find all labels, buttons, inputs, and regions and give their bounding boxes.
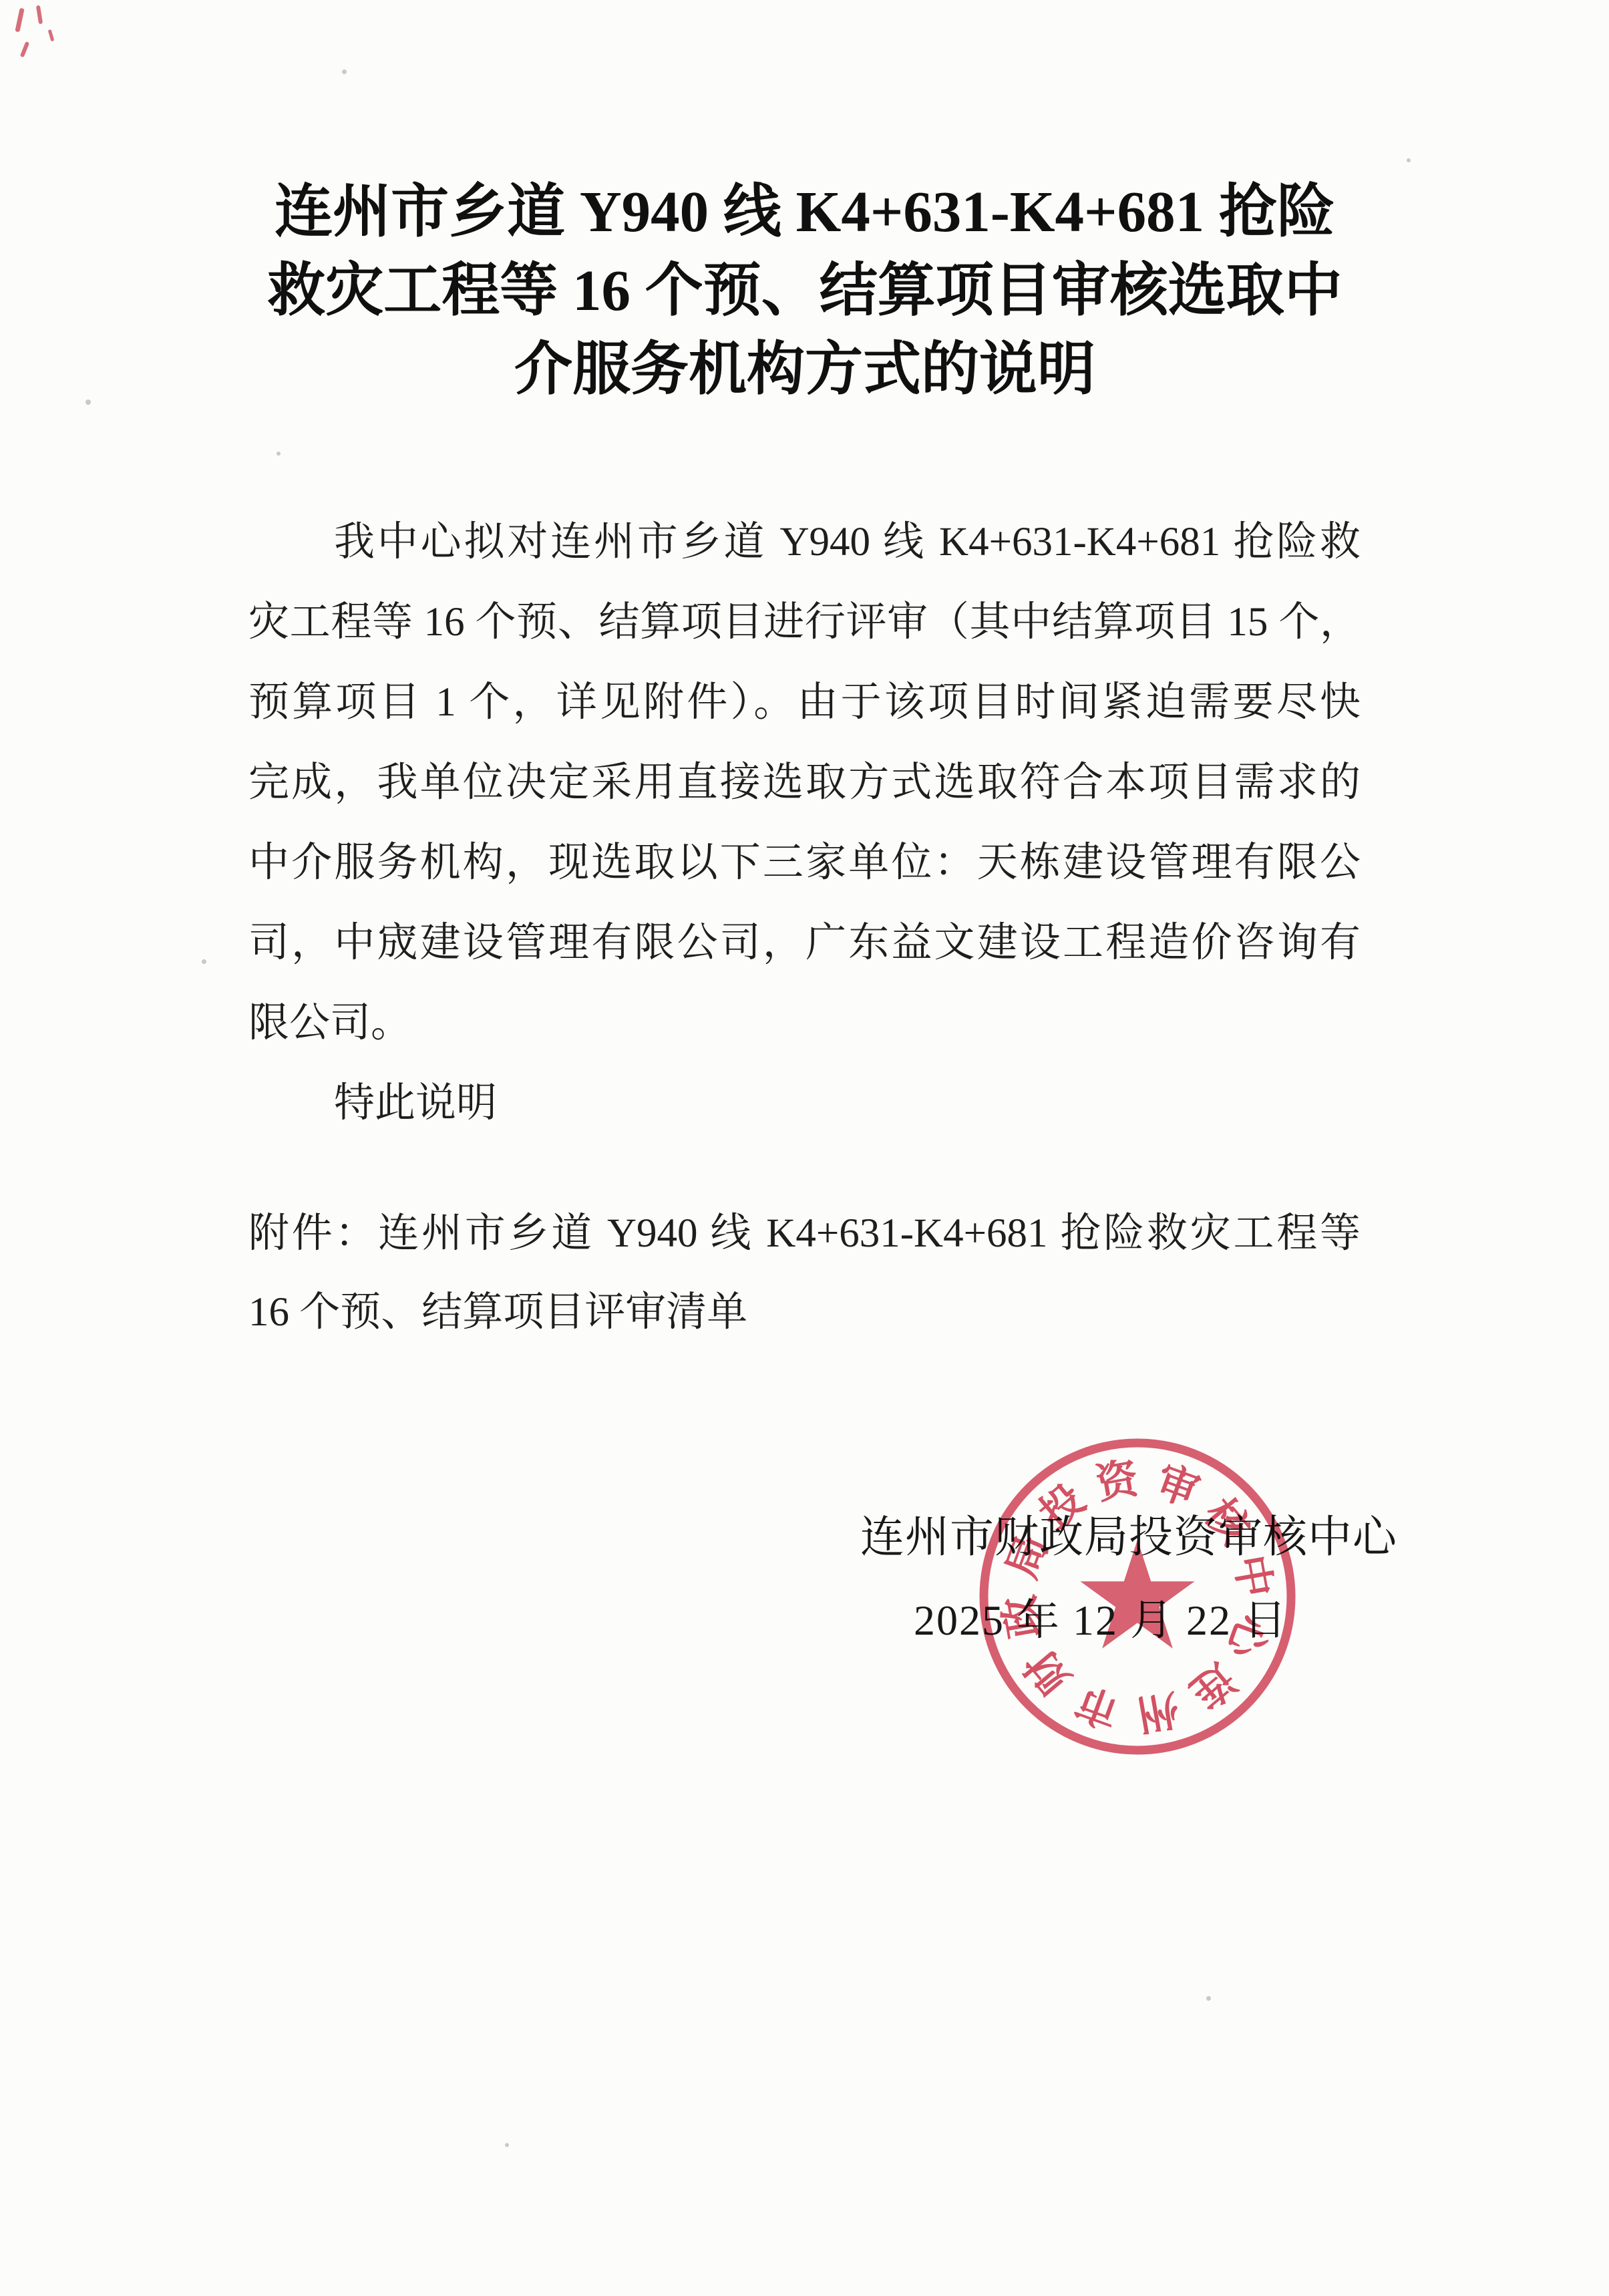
seal-char: 政	[996, 1592, 1049, 1641]
scan-speck	[277, 452, 281, 456]
seal-char: 审	[1149, 1458, 1205, 1516]
seal-char: 财	[1017, 1641, 1079, 1703]
scan-speck	[85, 399, 91, 405]
scan-speck	[202, 959, 206, 964]
scan-speck	[342, 69, 347, 74]
seal-char: 中	[1226, 1552, 1279, 1601]
scan-speck	[505, 2143, 509, 2147]
scan-speck	[1407, 158, 1411, 162]
attachment-line: 16 个预、结算项目评审清单	[248, 1273, 1361, 1352]
seal-char: 连	[1182, 1655, 1244, 1717]
red-scan-artifact	[36, 5, 43, 25]
official-seal-stamp: 连 州 市 财 政 局 投 资 审 核 中 心	[964, 1423, 1311, 1770]
title-line-1: 连州市乡道 Y940 线 K4+631-K4+681 抢险	[227, 172, 1383, 251]
red-scan-artifact	[20, 41, 30, 58]
body-line: 中介服务机构，现选取以下三家单位：天栋建设管理有限公	[248, 823, 1361, 903]
body-line: 限公司。	[248, 983, 1361, 1063]
body-line: 灾工程等 16 个预、结算项目进行评审（其中结算项目 15 个，	[248, 583, 1361, 663]
attachment-line: 附件：连州市乡道 Y940 线 K4+631-K4+681 抢险救灾工程等	[248, 1194, 1361, 1273]
title-line-3: 介服务机构方式的说明	[227, 330, 1383, 409]
closing-remark: 特此说明	[248, 1063, 1361, 1144]
seal-char: 州	[1133, 1685, 1182, 1738]
body-paragraph: 我中心拟对连州市乡道 Y940 线 K4+631-K4+681 抢险救 灾工程等…	[248, 502, 1361, 1063]
seal-char: 心	[1218, 1609, 1276, 1665]
body-line: 完成，我单位决定采用直接选取方式选取符合本项目需求的	[248, 743, 1361, 823]
seal-char: 局	[999, 1529, 1057, 1585]
seal-char: 资	[1093, 1454, 1143, 1508]
title-line-2: 救灾工程等 16 个预、结算项目审核选取中	[227, 251, 1383, 330]
red-scan-artifact	[15, 8, 24, 33]
seal-char: 投	[1031, 1476, 1093, 1538]
attachment-note: 附件：连州市乡道 Y940 线 K4+631-K4+681 抢险救灾工程等 16…	[248, 1194, 1361, 1352]
scanned-document-page: 连州市乡道 Y940 线 K4+631-K4+681 抢险 救灾工程等 16 个…	[0, 0, 1609, 2296]
seal-char: 市	[1070, 1677, 1125, 1736]
red-scan-artifact	[48, 29, 55, 42]
body-line: 预算项目 1 个，详见附件）。由于该项目时间紧迫需要尽快	[248, 663, 1361, 743]
scan-speck	[1206, 1996, 1211, 2001]
document-title: 连州市乡道 Y940 线 K4+631-K4+681 抢险 救灾工程等 16 个…	[227, 172, 1383, 409]
seal-star-icon	[1080, 1540, 1194, 1649]
body-line: 我中心拟对连州市乡道 Y940 线 K4+631-K4+681 抢险救	[248, 502, 1361, 583]
seal-char: 核	[1196, 1490, 1259, 1554]
body-line: 司，中宬建设管理有限公司，广东益文建设工程造价咨询有	[248, 903, 1361, 983]
